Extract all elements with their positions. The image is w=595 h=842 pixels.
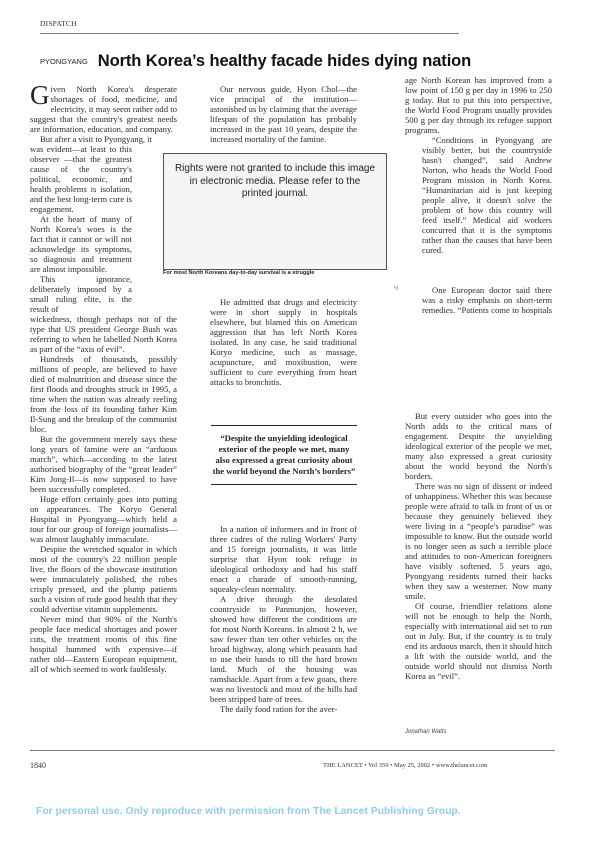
- dateline: PYONGYANG: [40, 57, 88, 66]
- paragraph: age North Korean has improved from a low…: [405, 75, 552, 135]
- paragraph: But after a visit to Pyongyang, it: [30, 134, 177, 144]
- column-3-doctor-wrap: One European doctor said there was a ris…: [422, 285, 552, 315]
- column-2-top: Our nervous guide, Hyon Chol—the vice pr…: [210, 84, 357, 144]
- paragraph: Never mind that 90% of the North's peopl…: [30, 614, 177, 674]
- paragraph: There was no sign of dissent or indeed o…: [405, 481, 552, 601]
- footer-rule: [30, 750, 555, 751]
- paragraph: Given North Korea's desperate shortages …: [30, 84, 177, 134]
- header-rule: [40, 33, 459, 34]
- paragraph: At the heart of many of North Korea's wo…: [30, 214, 132, 274]
- column-3-body: But every outsider who goes into the Nor…: [405, 315, 552, 681]
- paragraph: A drive through the desolated countrysid…: [210, 594, 357, 704]
- stray-mark: ½: [394, 286, 399, 292]
- column-3-top: age North Korean has improved from a low…: [405, 75, 552, 135]
- column-1-wrap: was evident—at least to this observer —t…: [30, 144, 132, 314]
- paragraph: One European doctor said there was a ris…: [422, 285, 552, 315]
- column-1-body: wickedness, though perhaps not of the ty…: [30, 314, 177, 674]
- journal-info: THE LANCET • Vol 359 • May 25, 2002 • ww…: [323, 762, 487, 769]
- paragraph: Of course, friendlier relations alone wi…: [405, 601, 552, 681]
- drop-cap: G: [30, 85, 50, 105]
- paragraph: The daily food ration for the aver-: [210, 704, 357, 714]
- page-number: 1840: [30, 761, 46, 770]
- figure-placeholder: Rights were not granted to include this …: [163, 153, 387, 270]
- paragraph: But the government merely says these lon…: [30, 434, 177, 494]
- paragraph-text: iven North Korea's desperate shortages o…: [30, 84, 177, 134]
- column-2-bottom: In a nation of informers and in front of…: [210, 524, 357, 714]
- copyright-notice: For personal use. Only reproduce with pe…: [36, 806, 461, 817]
- byline: Jonathan Watts: [405, 729, 447, 735]
- column-3-quote-wrap: “Conditions in Pyongyang are visibly bet…: [422, 135, 552, 255]
- paragraph: Despite the wretched squalor in which mo…: [30, 544, 177, 614]
- figure-caption: For most North Koreans day-to-day surviv…: [163, 270, 314, 276]
- paragraph: wickedness, though perhaps not of the ty…: [30, 314, 177, 354]
- paragraph: “Conditions in Pyongyang are visibly bet…: [422, 135, 552, 255]
- paragraph: This ignorance, deliberately imposed by …: [30, 274, 132, 314]
- paragraph: Our nervous guide, Hyon Chol—the vice pr…: [210, 84, 357, 144]
- figure-rights-notice: Rights were not granted to include this …: [174, 163, 376, 201]
- paragraph: [405, 315, 552, 316]
- paragraph: Hundreds of thousands, possibly millions…: [30, 354, 177, 434]
- paragraph: Huge effort certainly goes into putting …: [30, 494, 177, 544]
- title-row: PYONGYANG North Korea’s healthy facade h…: [40, 52, 471, 71]
- column-1-intro: Given North Korea's desperate shortages …: [30, 84, 177, 144]
- paragraph: was evident—at least to this observer —t…: [30, 144, 132, 214]
- section-label: DISPATCH: [40, 19, 77, 28]
- paragraph: But every outsider who goes into the Nor…: [405, 411, 552, 481]
- pull-quote: “Despite the unyielding ideological exte…: [211, 425, 357, 485]
- paragraph: In a nation of informers and in front of…: [210, 524, 357, 594]
- paragraph: He admitted that drugs and electricity w…: [210, 297, 357, 387]
- column-2-middle: He admitted that drugs and electricity w…: [210, 297, 357, 387]
- headline: North Korea’s healthy facade hides dying…: [98, 52, 471, 70]
